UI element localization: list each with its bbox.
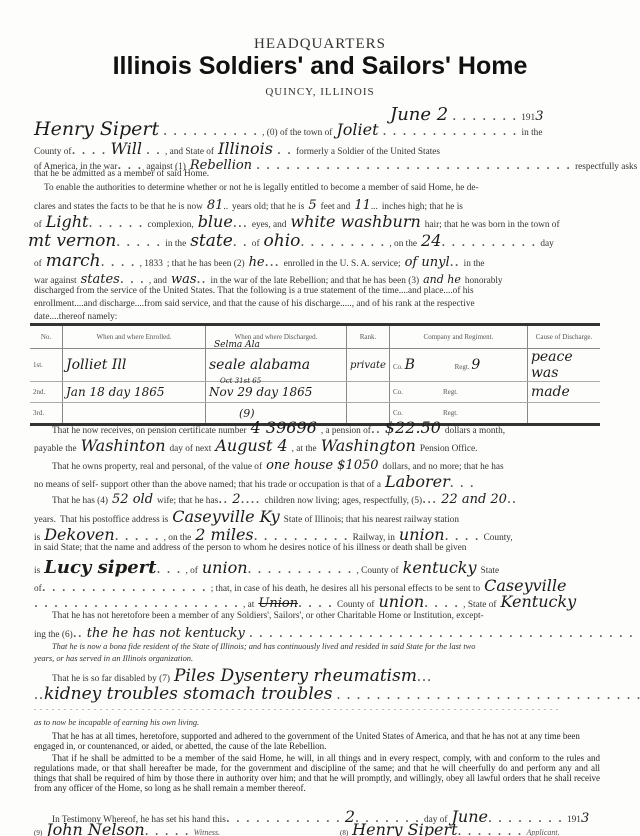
document-title: Illinois Soldiers' and Sailors' Home xyxy=(0,52,640,81)
applicant-signature-block: (8) Henry Sipert. . . . . . . Applicant. xyxy=(340,820,560,836)
family-line-3: is Dekoven. . . . . , on the 2 miles. . … xyxy=(34,525,513,545)
declaration-line-3: mt vernon. . . . . in the state. . of oh… xyxy=(28,231,554,251)
pension-amount: $22.50 xyxy=(385,418,441,437)
town: Joliet xyxy=(336,120,378,139)
applicant-name-line: Henry Sipert . . . . . . . . . . , (0) o… xyxy=(34,118,542,140)
family-line-2: years. That his postoffice address is Ca… xyxy=(34,507,459,527)
occupation: Laborer xyxy=(385,472,450,491)
birth-state: ohio xyxy=(264,231,301,251)
witness-signature: John Nelson xyxy=(46,820,144,836)
oath-paragraph-1: That he has at all times, heretofore, su… xyxy=(34,731,600,751)
certificate-number: 4 39696 xyxy=(251,418,317,437)
disability-line-2: ..kidney troubles stomach troubles . . .… xyxy=(34,684,640,704)
feet: 5 xyxy=(308,198,316,213)
family-line-7: . . . . . . . . . . . . . . . . . . . . … xyxy=(34,592,576,612)
disability-line-1: That he is so far disabled by (7) Piles … xyxy=(52,666,432,686)
inches: 11 xyxy=(354,198,371,213)
applicant-signature: Henry Sipert xyxy=(352,820,457,836)
birth-day: 24 xyxy=(421,231,441,250)
family-line-1: That he has (4) 52 old wife; that he has… xyxy=(52,490,517,508)
family-line-5: is Lucy sipert. . . , of union. . . . . … xyxy=(34,557,499,578)
oath-paragraph-2: That if he shall be admitted to be a mem… xyxy=(34,753,600,793)
witness-signature-block: (9) John Nelson. . . . . Witness. xyxy=(34,820,220,836)
header-line: HEADQUARTERS xyxy=(0,36,640,53)
complexion: Light xyxy=(46,212,89,231)
postoffice: Caseyville Ky xyxy=(172,507,279,526)
service-table: No. When and where Enrolled. When and wh… xyxy=(30,323,600,426)
table-row: 1st. Jolliet Ill Selma Alaseale alabama … xyxy=(30,349,600,382)
hair: white washburn xyxy=(290,212,420,231)
declaration-line-2: of Light. . . . . . complexion, blue... … xyxy=(34,212,560,232)
property-value: one house $1050 xyxy=(266,458,378,473)
membership-except-line: ing the (6).. the he has not kentucky . … xyxy=(34,624,640,642)
birth-month: march xyxy=(46,251,101,271)
declaration-line-4: of march. . . . , 1833 ; that he has bee… xyxy=(34,251,485,271)
table-header-row: No. When and where Enrolled. When and wh… xyxy=(30,325,600,349)
age: 81 xyxy=(207,198,224,213)
property-line-2: no means of self- support other than the… xyxy=(34,472,475,492)
disability-1: Piles Dysentery rheumatism xyxy=(174,666,417,686)
table-row: 2nd. Jan 18 day 1865 Oct 31st 65Nov 29 d… xyxy=(30,382,600,403)
eyes: blue xyxy=(198,212,233,231)
birth-town: mt vernon xyxy=(28,231,116,251)
pension-line-2: payable the Washinton day of next August… xyxy=(34,436,478,456)
pension-line-1: That he now receives, on pension certifi… xyxy=(52,418,505,438)
applicant-name: Henry Sipert xyxy=(34,118,159,140)
disability-2: kidney troubles stomach troubles xyxy=(44,684,332,704)
location: QUINCY, ILLINOIS xyxy=(0,86,640,98)
